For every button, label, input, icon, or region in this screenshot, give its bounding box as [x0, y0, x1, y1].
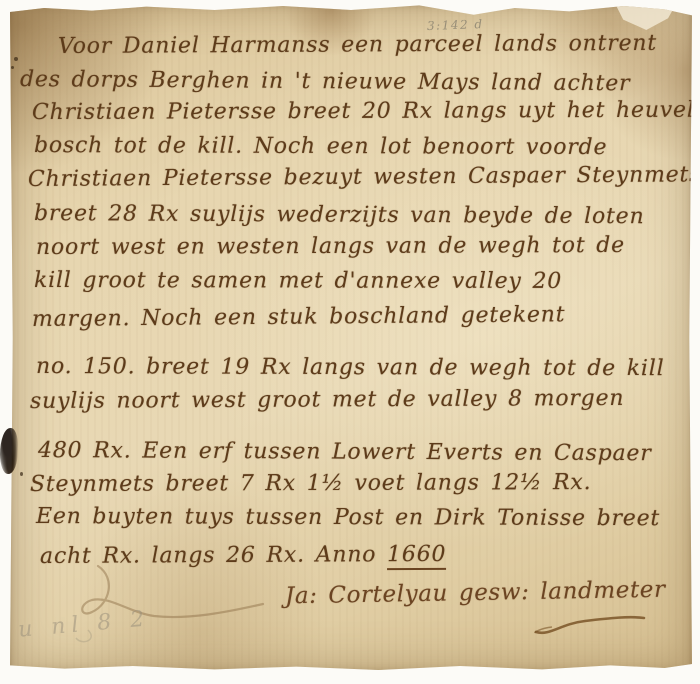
scanned-manuscript: { "document": { "archival_note": "3:142 …: [0, 0, 700, 684]
manuscript-line-10: no. 150. breet 19 Rx langs van de wegh t…: [36, 354, 665, 381]
ink-speck: [14, 57, 18, 61]
manuscript-page: 3:142 d Voor Daniel Harmanss een parceel…: [10, 4, 692, 672]
manuscript-line-13: Steynmets breet 7 Rx 1½ voet langs 12½ R…: [30, 470, 591, 497]
manuscript-line-8: kill groot te samen met d'annexe valley …: [34, 268, 562, 294]
final-line-text: acht Rx. langs 26 Rx. Anno: [40, 542, 387, 569]
manuscript-line-12: 480 Rx. Een erf tussen Lowert Everts en …: [38, 438, 652, 466]
manuscript-line-1: Voor Daniel Harmanss een parceel lands o…: [58, 31, 657, 59]
surveyor-signature: Ja: Cortelyau gesw: landmeter: [285, 577, 666, 610]
manuscript-line-6: breet 28 Rx suylijs wederzijts van beyde…: [34, 201, 645, 229]
pencil-scribble: u nl 8 2: [17, 606, 151, 642]
manuscript-line-2: des dorps Berghen in 't nieuwe Mays land…: [20, 67, 631, 96]
ink-speck: [11, 66, 14, 69]
manuscript-line-7: noort west en westen langs van de wegh t…: [36, 233, 625, 260]
manuscript-line-3: Christiaen Pietersse breet 20 Rx langs u…: [32, 98, 695, 125]
signature-flourish: [530, 612, 650, 638]
ink-flourish: [58, 560, 278, 650]
manuscript-line-9: margen. Noch een stuk boschland getekent: [32, 302, 566, 332]
torn-corner: [610, 4, 676, 30]
ink-speck: [20, 472, 23, 476]
manuscript-line-14: Een buyten tuys tussen Post en Dirk Toni…: [36, 504, 660, 531]
manuscript-line-4: bosch tot de kill. Noch een lot benoort …: [34, 133, 607, 160]
manuscript-line-5: Christiaen Pietersse bezuyt westen Caspa…: [28, 162, 700, 192]
archival-pencil-note: 3:142 d: [427, 17, 484, 33]
manuscript-line-11: suylijs noort west groot met de valley 8…: [30, 386, 624, 414]
year-1660: 1660: [387, 542, 446, 570]
manuscript-line-15: acht Rx. langs 26 Rx. Anno 1660: [40, 542, 446, 569]
